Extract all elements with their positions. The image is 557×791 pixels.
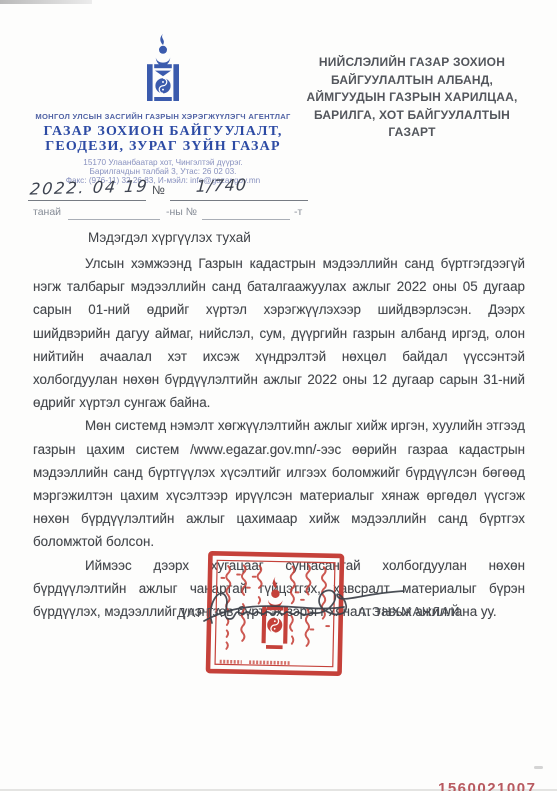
letterhead-address-line2: Барилгачдын талбай 3, Утас: 26 02 03. bbox=[28, 167, 298, 176]
reference-block: 2022. 04 19 № 1/740 танай -ны № -т bbox=[28, 180, 323, 228]
body-paragraph-2: Мөн системд нэмэлт хөгжүүлэлтийн ажлыг х… bbox=[33, 414, 525, 553]
recipient-line: НИЙСЛЭЛИЙН ГАЗАР ЗОХИОН bbox=[288, 54, 536, 72]
stamp-small-text bbox=[220, 662, 290, 663]
soyombo-logo-icon bbox=[139, 32, 187, 106]
handwritten-date: 2022. 04 19 bbox=[29, 176, 150, 198]
recipient-line: ГАЗАРТ bbox=[288, 124, 536, 142]
letterhead: МОНГОЛ УЛСЫН ЗАСГИЙН ГАЗРЫН ХЭРЭГЖҮҮЛЭГЧ… bbox=[28, 32, 298, 185]
handwritten-outgoing-number: 1/740 bbox=[195, 175, 247, 196]
addressee-middle-label: -ны № bbox=[166, 206, 197, 218]
recipient-line: АЙМГУУДЫН ГАЗРЫН ХАРИЛЦАА, bbox=[288, 89, 536, 107]
scan-speck-artifact bbox=[534, 766, 543, 769]
recipient-block: НИЙСЛЭЛИЙН ГАЗАР ЗОХИОН БАЙГУУЛАЛТЫН АЛБ… bbox=[288, 54, 536, 142]
addressee-suffix-label: -т bbox=[294, 206, 302, 218]
scanned-letter-page: МОНГОЛ УЛСЫН ЗАСГИЙН ГАЗРЫН ХЭРЭГЖҮҮЛЭГЧ… bbox=[0, 0, 557, 791]
body-paragraph-1: Улсын хэмжээнд Газрын кадастрын мэдээлли… bbox=[33, 252, 525, 414]
form-underline-date bbox=[28, 200, 146, 201]
letterhead-org-name-line2: ГЕОДЕЗИ, ЗУРАГ ЗҮЙН ГАЗАР bbox=[28, 139, 298, 154]
addressee-prefix-label: танай bbox=[33, 206, 61, 218]
recipient-line: БАРИЛГА, ХОТ БАЙГУУЛАЛТЫН bbox=[288, 107, 536, 125]
form-underline-number bbox=[170, 200, 308, 201]
letterhead-org-name-line1: ГАЗАР ЗОХИОН БАЙГУУЛАЛТ, bbox=[28, 124, 298, 139]
signatory-name-label: А.ЭНХМАНЛАЙ bbox=[358, 605, 460, 619]
number-sign-label: № bbox=[152, 183, 165, 197]
letterhead-org-name: ГАЗАР ЗОХИОН БАЙГУУЛАЛТ, ГЕОДЕЗИ, ЗУРАГ … bbox=[28, 124, 298, 154]
scan-edge-artifact bbox=[0, 0, 92, 4]
form-underline bbox=[202, 219, 290, 220]
letterhead-agency-line: МОНГОЛ УЛСЫН ЗАСГИЙН ГАЗРЫН ХЭРЭГЖҮҮЛЭГЧ… bbox=[28, 112, 298, 121]
recipient-line: БАЙГУУЛАЛТЫН АЛБАНД, bbox=[288, 72, 536, 90]
letterhead-address-line1: 15170 Улаанбаатар хот, Чингэлтэй дүүрэг. bbox=[28, 158, 298, 167]
signatory-title-label: ДАРГА bbox=[177, 606, 224, 620]
letter-subject: Мэдэгдэл хүргүүлэх тухай bbox=[88, 230, 251, 245]
form-underline bbox=[68, 219, 160, 220]
registry-number: 1560021007 bbox=[438, 780, 536, 791]
